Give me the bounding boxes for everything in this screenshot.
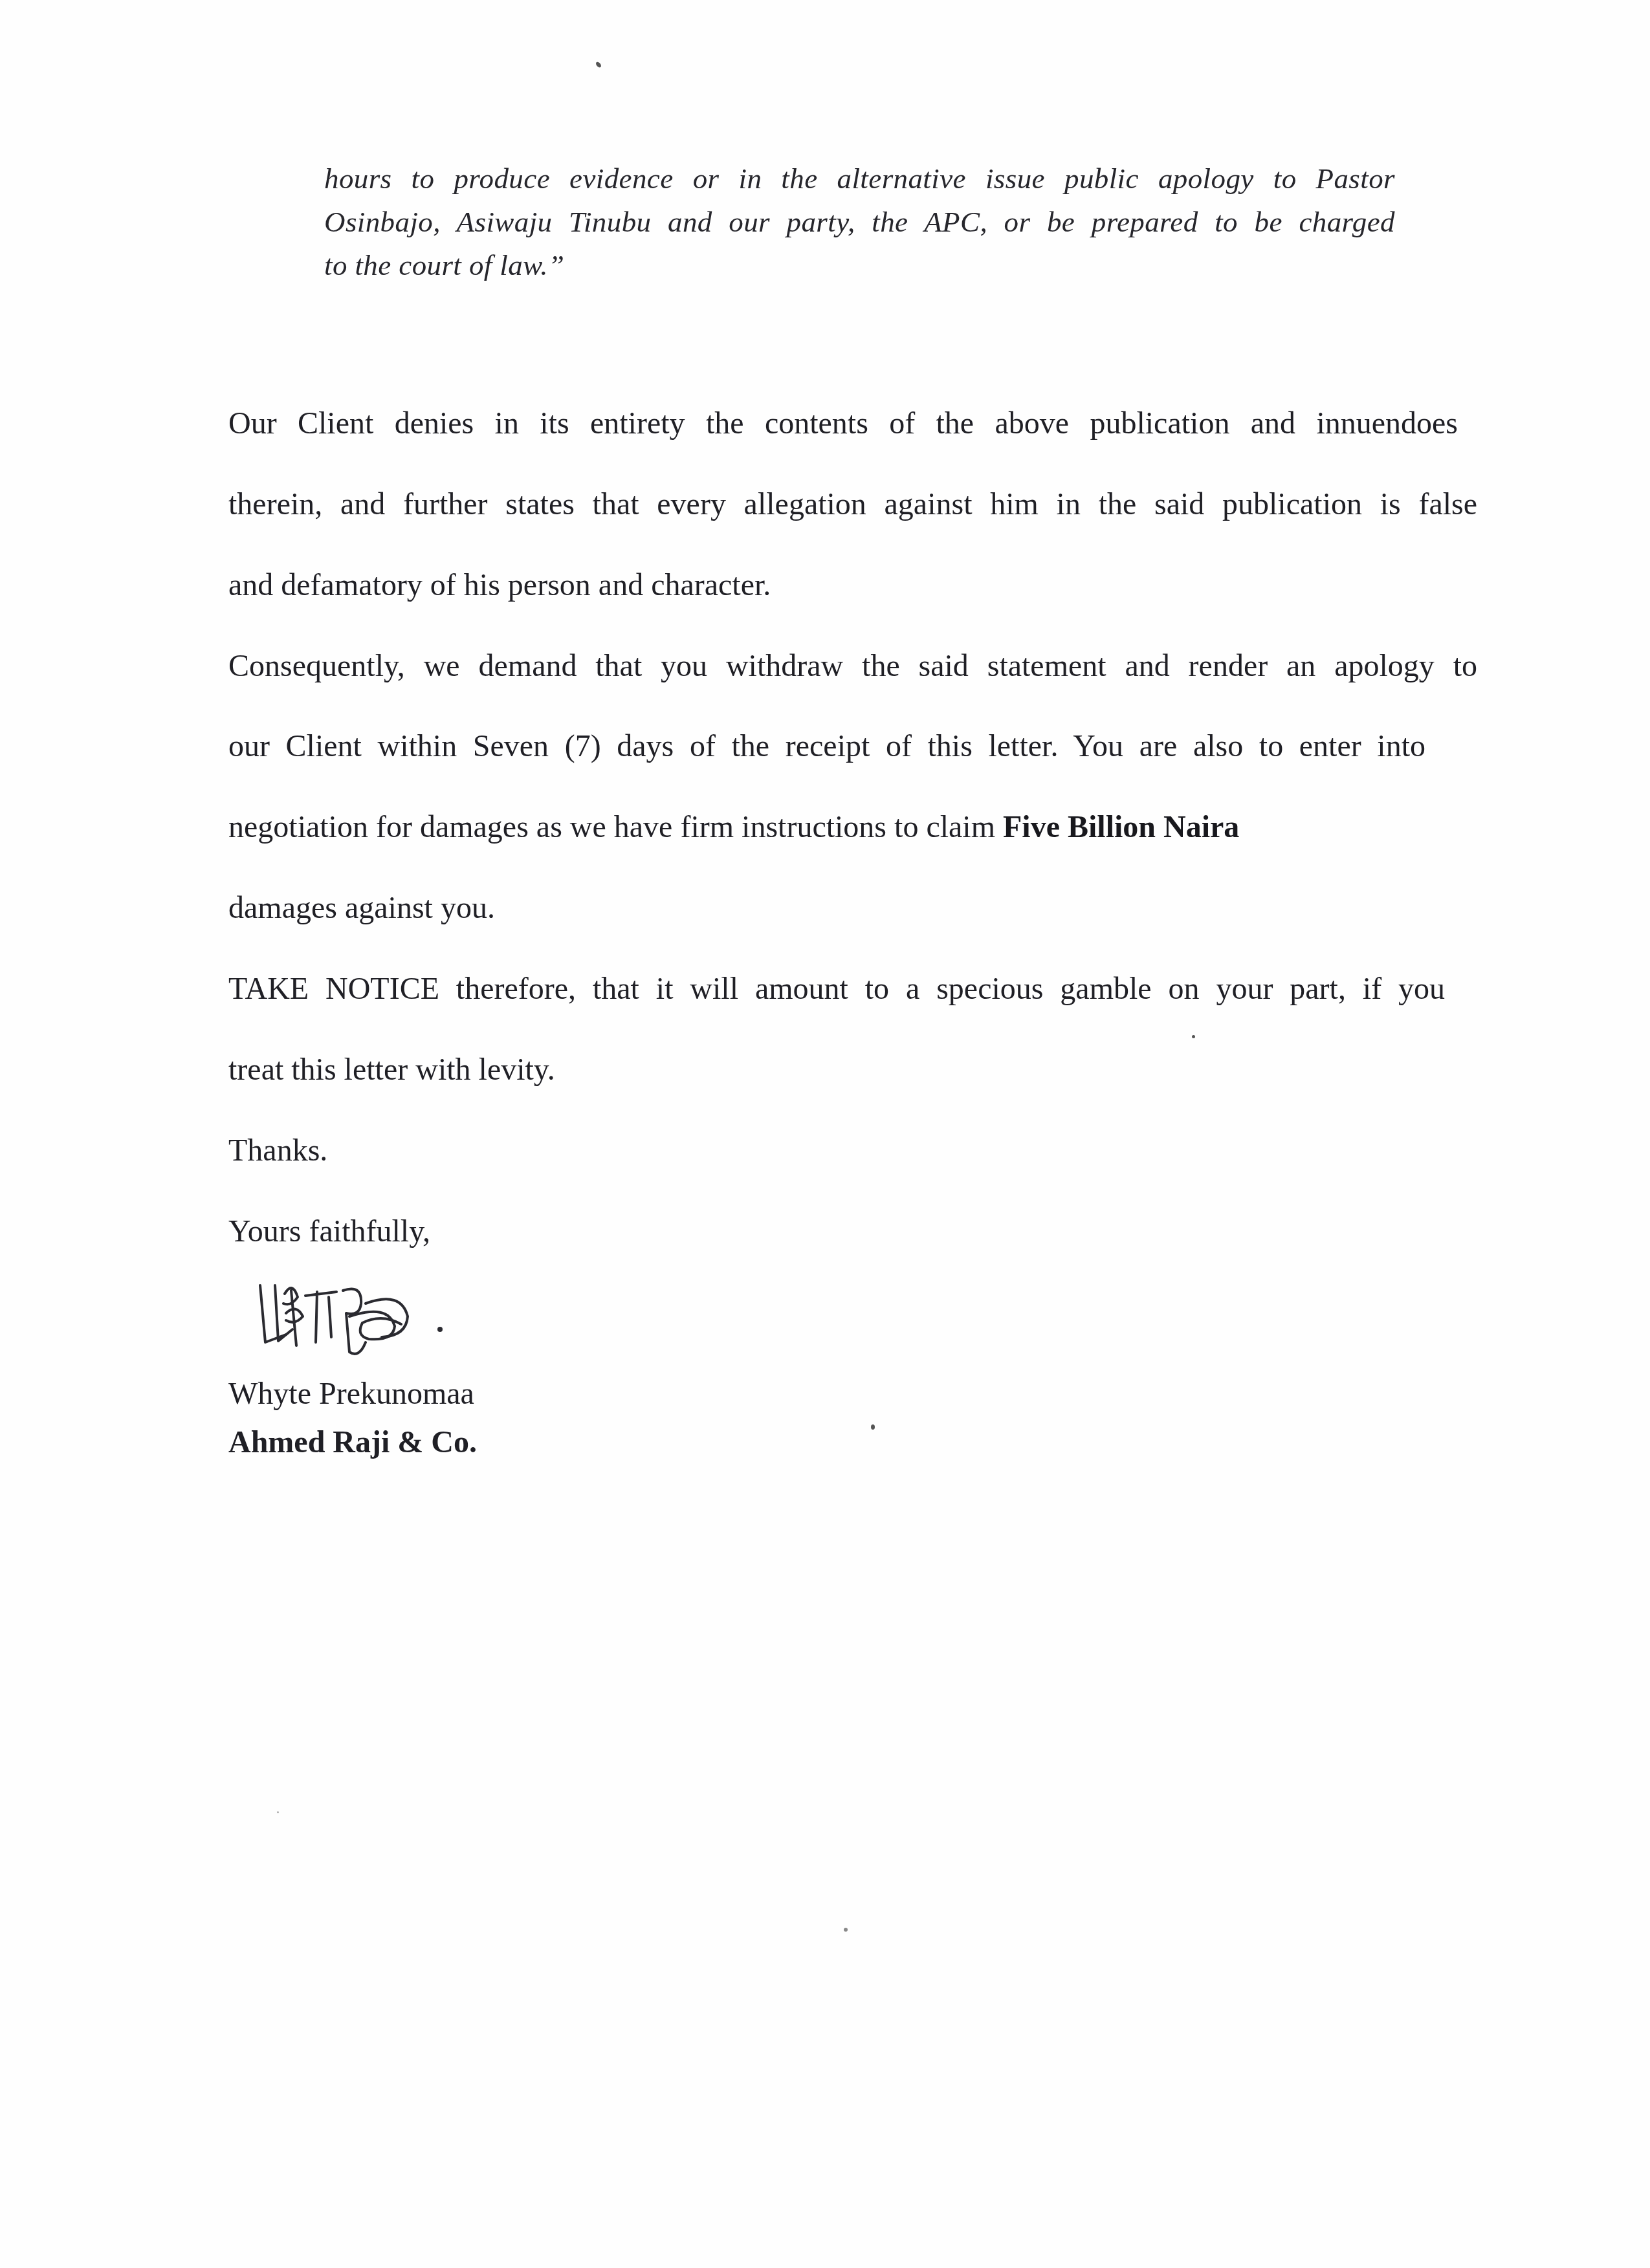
paragraph-1-line-3: and defamatory of his person and charact… <box>228 567 771 603</box>
scan-speck <box>277 1811 279 1813</box>
firm-name: Ahmed Raji & Co. <box>228 1424 477 1460</box>
quote-line-1: hours to produce evidence or in the alte… <box>324 162 1395 195</box>
paragraph-2-line-2: our Client within Seven (7) days of the … <box>228 728 1425 764</box>
paragraph-2-line-1: Consequently, we demand that you withdra… <box>228 648 1477 684</box>
signatory-name: Whyte Prekunomaa <box>228 1376 474 1412</box>
thanks-text: Thanks. <box>228 1133 327 1168</box>
paragraph-2-line-4: damages against you. <box>228 890 495 926</box>
damages-amount: Five Billion Naira <box>1003 810 1239 844</box>
quote-line-2: Osinbajo, Asiwaju Tinubu and our party, … <box>324 205 1395 239</box>
paragraph-2-line-3-text: negotiation for damages as we have firm … <box>228 810 1003 844</box>
signature-icon <box>246 1278 446 1362</box>
quote-line-3: to the court of law.” <box>324 248 564 282</box>
paragraph-2-line-3: negotiation for damages as we have firm … <box>228 809 1239 845</box>
paragraph-3-line-1: TAKE NOTICE therefore, that it will amou… <box>228 971 1445 1007</box>
closing-text: Yours faithfully, <box>228 1214 430 1249</box>
scan-speck <box>1192 1035 1195 1038</box>
scan-speck <box>871 1424 875 1430</box>
paragraph-1-line-1: Our Client denies in its entirety the co… <box>228 406 1458 441</box>
paragraph-3-line-2: treat this letter with levity. <box>228 1052 555 1087</box>
letter-page: hours to produce evidence or in the alte… <box>0 0 1650 2268</box>
paragraph-1-line-2: therein, and further states that every a… <box>228 486 1477 522</box>
scan-speck <box>595 61 602 69</box>
scan-speck <box>844 1928 848 1932</box>
